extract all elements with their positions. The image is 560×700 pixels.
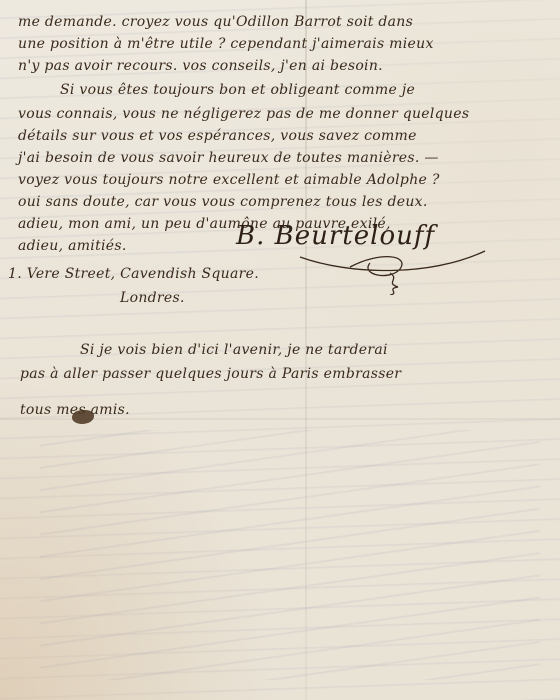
- letter-line: détails sur vous et vos espérances, vous…: [18, 128, 417, 144]
- letter-line: Si vous êtes toujours bon et obligeant c…: [60, 82, 415, 98]
- letter-line: vous connais, vous ne négligerez pas de …: [18, 106, 469, 122]
- letter-line: oui sans doute, car vous vous comprenez …: [18, 194, 428, 210]
- postscript-line: pas à aller passer quelques jours à Pari…: [20, 366, 401, 382]
- ink-blot: [72, 410, 94, 424]
- letter-line: voyez vous toujours notre excellent et a…: [18, 172, 440, 188]
- letter-page: me demande. croyez vous qu'Odillon Barro…: [0, 0, 560, 700]
- letter-line: n'y pas avoir recours. vos conseils, j'e…: [18, 58, 383, 74]
- letter-line: une position à m'être utile ? cependant …: [18, 36, 434, 52]
- address-line-2: Londres.: [120, 290, 185, 306]
- signature-flourish-icon: [290, 245, 490, 295]
- letter-line: adieu, amitiés.: [18, 238, 127, 254]
- letter-line: me demande. croyez vous qu'Odillon Barro…: [18, 14, 413, 30]
- postscript-line: Si je vois bien d'ici l'avenir, je ne ta…: [80, 342, 388, 358]
- address-line-1: 1. Vere Street, Cavendish Square.: [8, 266, 259, 282]
- bleed-through-text: [40, 430, 540, 680]
- letter-line: j'ai besoin de vous savoir heureux de to…: [18, 150, 439, 166]
